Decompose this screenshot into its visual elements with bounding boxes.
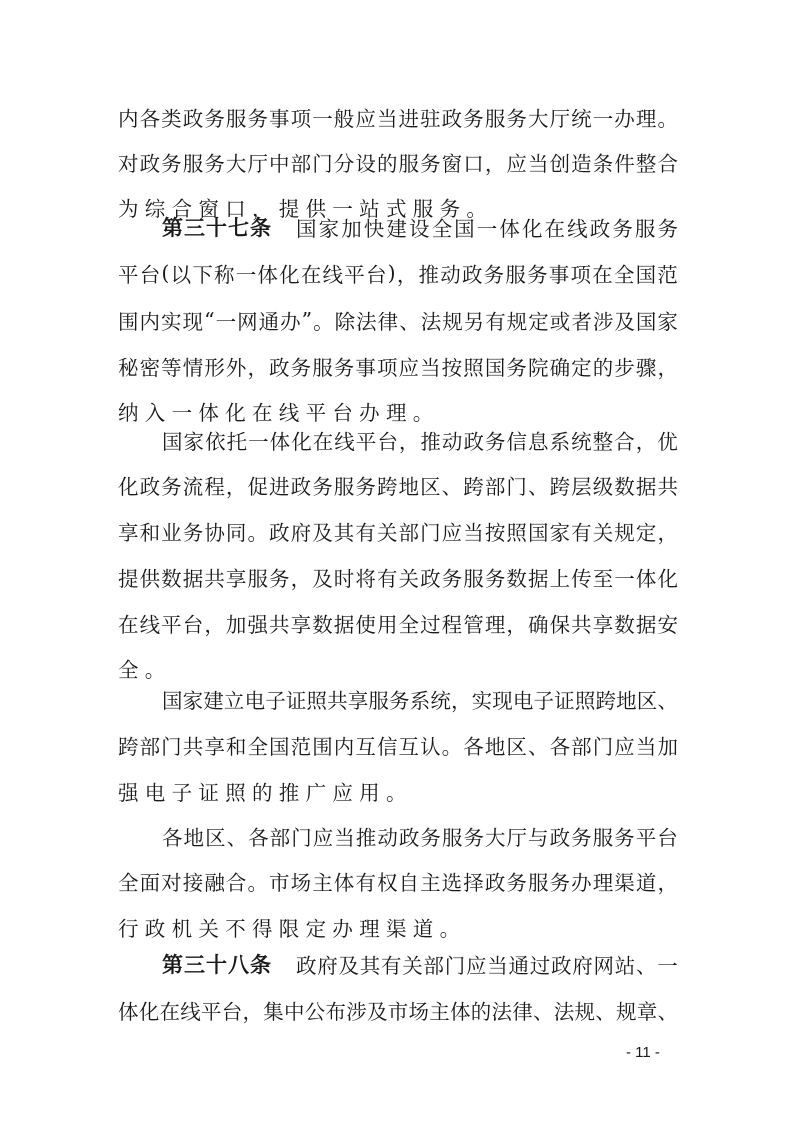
text-line: 秘密等情形外，政务服务事项应当按照国务院确定的步骤， <box>118 351 678 381</box>
article-heading-line: 第三十七条国家加快建设全国一体化在线政务服务 <box>162 212 678 242</box>
text-line: 对政务服务大厅中部门分设的服务窗口，应当创造条件整合 <box>118 147 678 177</box>
document-page: 内各类政务服务事项一般应当进驻政务服务大厅统一办理。对政务服务大厅中部门分设的服… <box>0 0 793 1122</box>
text-line: 内各类政务服务事项一般应当进驻政务服务大厅统一办理。 <box>118 102 678 132</box>
article-heading-line: 第三十八条政府及其有关部门应当通过政府网站、一 <box>162 949 678 979</box>
text-line: 全面对接融合。市场主体有权自主选择政务服务办理渠道， <box>118 866 678 896</box>
text-line: 国家依托一体化在线平台，推动政务信息系统整合，优 <box>162 425 678 455</box>
article-text: 国家加快建设全国一体化在线政务服务 <box>296 212 678 242</box>
article-text: 政府及其有关部门应当通过政府网站、一 <box>296 949 678 979</box>
text-line: 强电子证照的推广应用。 <box>118 776 678 806</box>
text-line: 平台(以下称一体化在线平台)，推动政务服务事项在全国范 <box>118 258 678 288</box>
text-line: 享和业务协同。政府及其有关部门应当按照国家有关规定， <box>118 516 678 546</box>
article-number: 第三十八条 <box>162 949 272 979</box>
text-line: 各地区、各部门应当推动政务服务大厅与政务服务平台 <box>162 821 678 851</box>
text-line: 全。 <box>118 653 678 683</box>
article-number: 第三十七条 <box>162 212 272 242</box>
text-line: 纳入一体化在线平台办理。 <box>118 396 678 426</box>
text-line: 提供数据共享服务，及时将有关政务服务数据上传至一体化 <box>118 562 678 592</box>
text-line: 围内实现“一网通办”。除法律、法规另有规定或者涉及国家 <box>118 305 678 335</box>
text-line: 在线平台，加强共享数据使用全过程管理，确保共享数据安 <box>118 608 678 638</box>
page-number: - 11 - <box>626 1044 660 1061</box>
text-line: 国家建立电子证照共享服务系统，实现电子证照跨地区、 <box>162 684 678 714</box>
text-line: 体化在线平台，集中公布涉及市场主体的法律、法规、规章、 <box>118 995 678 1025</box>
text-line: 跨部门共享和全国范围内互信互认。各地区、各部门应当加 <box>118 730 678 760</box>
text-line: 化政务流程，促进政务服务跨地区、跨部门、跨层级数据共 <box>118 470 678 500</box>
text-line: 行政机关不得限定办理渠道。 <box>118 912 678 942</box>
